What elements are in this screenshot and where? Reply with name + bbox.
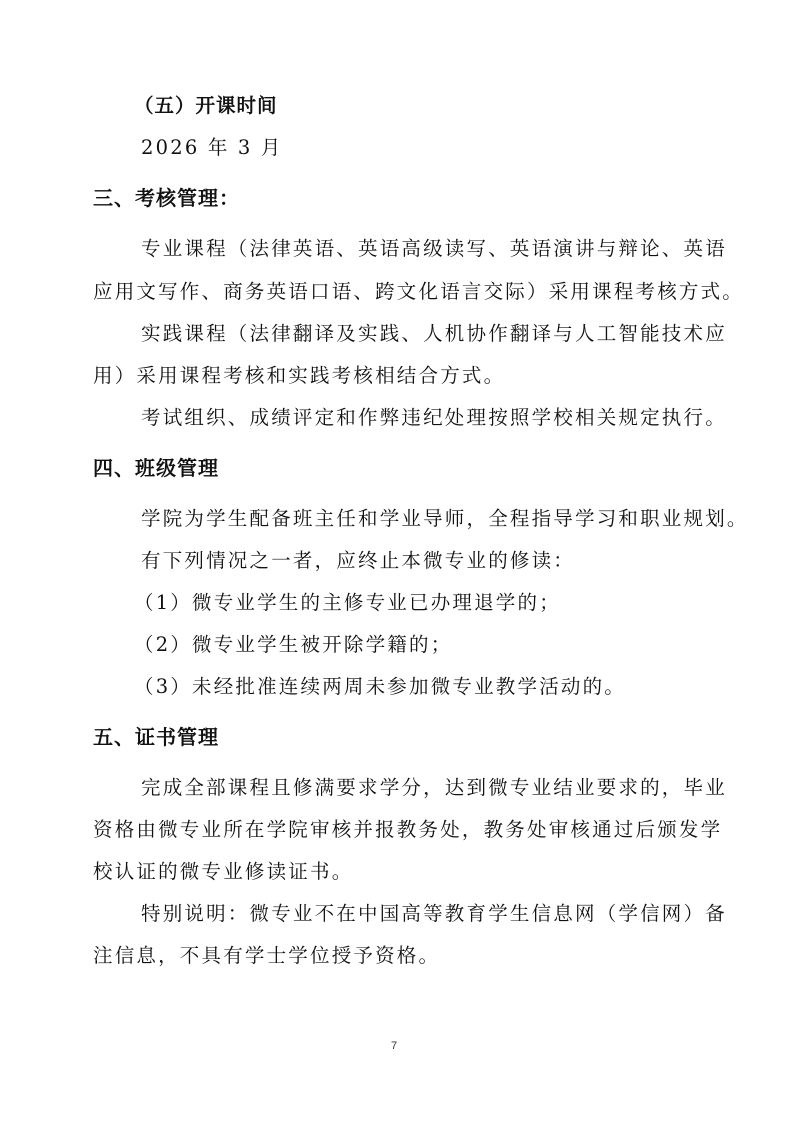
paragraph: 学院为学生配备班主任和学业导师，全程指导学习和职业规划。: [141, 503, 749, 531]
list-item: （1）微专业学生的主修专业已办理退学的；: [134, 587, 561, 615]
paragraph: 用）采用课程考核和实践考核相结合方式。: [93, 360, 505, 388]
paragraph: 完成全部课程且修满要求学分，达到微专业结业要求的，毕业: [141, 772, 727, 800]
paragraph: 校认证的微专业修读证书。: [93, 856, 353, 884]
section-title-class-management: 四、班级管理: [93, 452, 219, 481]
paragraph: 专业课程（法律英语、英语高级读写、英语演讲与辩论、英语: [141, 233, 727, 261]
paragraph: 有下列情况之一者，应终止本微专业的修读：: [141, 545, 575, 573]
section-title-assessment: 三、考核管理：: [93, 182, 240, 211]
paragraph: 资格由微专业所在学院审核并报教务处，教务处审核通过后颁发学: [93, 814, 722, 842]
subsection-title-course-start: （五）开课时间: [134, 90, 278, 118]
paragraph: 特别说明：微专业不在中国高等教育学生信息网（学信网）备: [141, 898, 727, 926]
course-start-date: 2026 年 3 月: [141, 132, 283, 160]
paragraph: 考试组织、成绩评定和作弊违纪处理按照学校相关规定执行。: [141, 402, 727, 430]
list-item: （3）未经批准连续两周未参加微专业教学活动的。: [134, 671, 626, 699]
list-item: （2）微专业学生被开除学籍的；: [134, 629, 452, 657]
page-number: 7: [391, 1040, 397, 1052]
section-title-certificate-management: 五、证书管理: [93, 721, 219, 750]
paragraph: 应用文写作、商务英语口语、跨文化语言交际）采用课程考核方式。: [93, 276, 744, 304]
paragraph: 实践课程（法律翻译及实践、人机协作翻译与人工智能技术应: [141, 318, 727, 346]
paragraph: 注信息，不具有学士学位授予资格。: [93, 940, 440, 968]
